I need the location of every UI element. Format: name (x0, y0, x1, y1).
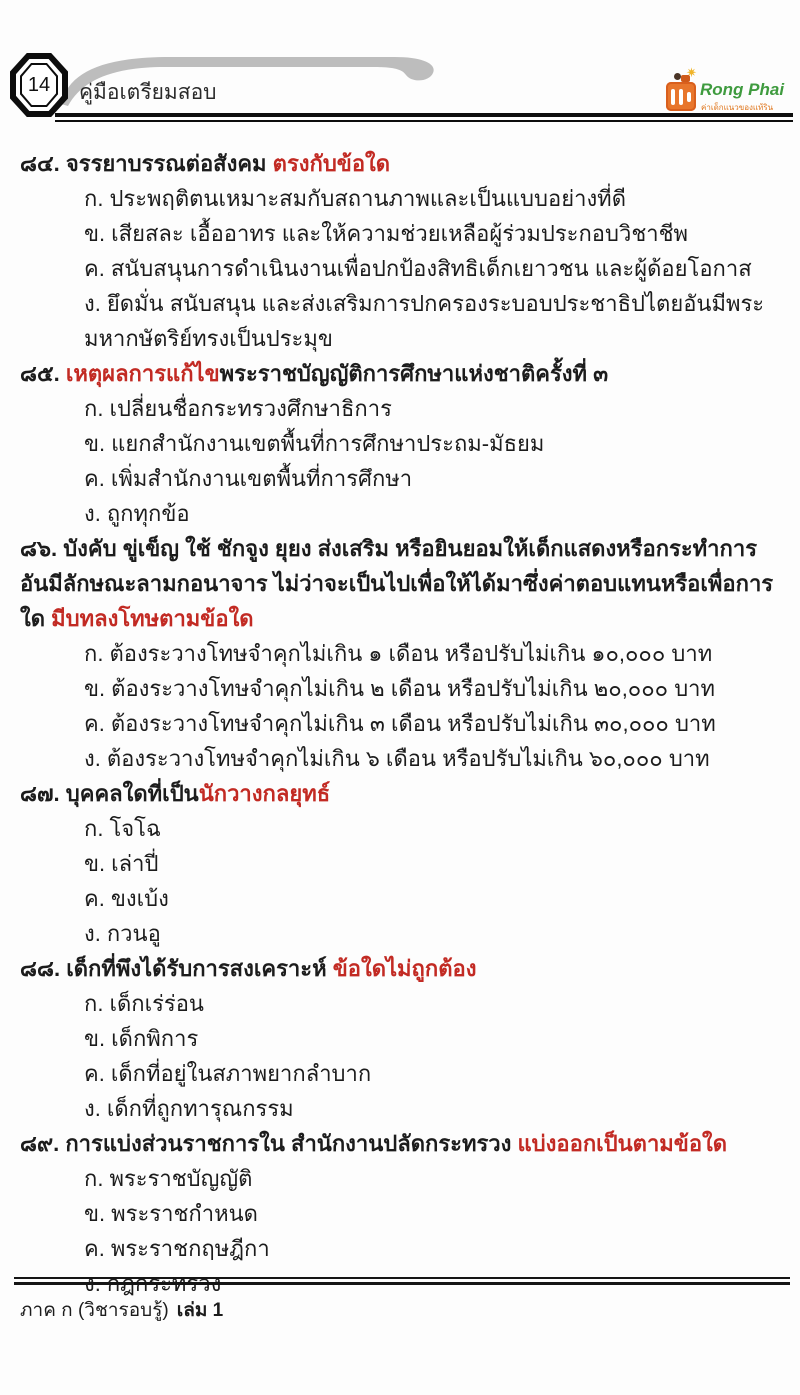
choice-label: ข. (84, 851, 105, 876)
choice-label: ก. (84, 186, 103, 211)
question-heading: ๘๖. บังคับ ขู่เข็ญ ใช้ ชักจูง ยุยง ส่งเส… (20, 531, 784, 636)
choice-text: สนับสนุนการดำเนินงานเพื่อปกป้องสิทธิเด็ก… (111, 256, 752, 281)
choices: ก.เด็กเร่ร่อนข.เด็กพิการค.เด็กที่อยู่ในส… (20, 986, 784, 1126)
choice-row: ก.ต้องระวางโทษจำคุกไม่เกิน ๑ เดือน หรือป… (84, 636, 784, 671)
choice-label: ค. (84, 256, 105, 281)
footer-rule-thick (14, 1282, 790, 1285)
choice-row: ข.เสียสละ เอื้ออาทร และให้ความช่วยเหลือผ… (84, 216, 784, 251)
choice-text: ต้องระวางโทษจำคุกไม่เกิน ๑ เดือน หรือปรั… (109, 641, 712, 666)
header-title: คู่มือเตรียมสอบ (79, 76, 217, 109)
choices: ก.โจโฉข.เล่าปี่ค.ขงเบ้งง.กวนอู (20, 811, 784, 951)
footer-section: ภาค ก (วิชารอบรู้) (20, 1300, 169, 1321)
choice-label: ก. (84, 991, 103, 1016)
question-keyword-red: เหตุผลการแก้ไข (66, 361, 220, 386)
footer-volume: เล่ม 1 (177, 1300, 224, 1321)
choice-row: ค.พระราชกฤษฎีกา (84, 1231, 784, 1266)
choice-text: ขงเบ้ง (111, 886, 169, 911)
publisher-logo: ✷ Rong Phai ค่าเด็กแนวของแท้ริน (664, 70, 792, 116)
choice-row: ง.เด็กที่ถูกทารุณกรรม (84, 1091, 784, 1126)
document-page: 14 คู่มือเตรียมสอบ ✷ Rong Phai ค่าเด็กแน… (0, 0, 800, 1395)
choices: ก.เปลี่ยนชื่อกระทรวงศึกษาธิการข.แยกสำนัก… (20, 391, 784, 531)
choice-row: ข.เล่าปี่ (84, 846, 784, 881)
logo-square-icon (666, 82, 696, 111)
choice-text: ถูกทุกข้อ (107, 501, 190, 526)
choice-row: ก.เด็กเร่ร่อน (84, 986, 784, 1021)
choice-label: ค. (84, 1061, 105, 1086)
choice-label: ข. (84, 431, 105, 456)
question-block: ๘๙. การแบ่งส่วนราชการใน สำนักงานปลัดกระท… (20, 1126, 784, 1301)
choice-row: ง.ยึดมั่น สนับสนุน และส่งเสริมการปกครองร… (84, 286, 784, 356)
choice-row: ก.พระราชบัญญัติ (84, 1161, 784, 1196)
question-heading: ๘๕. เหตุผลการแก้ไขพระราชบัญญัติการศึกษาแ… (20, 356, 784, 391)
choices: ก.พระราชบัญญัติข.พระราชกำหนดค.พระราชกฤษฎ… (20, 1161, 784, 1301)
question-text-segment: พระราชบัญญัติการศึกษาแห่งชาติครั้งที่ ๓ (220, 361, 609, 386)
question-number: ๘๙. (20, 1131, 59, 1156)
choice-label: ข. (84, 1026, 105, 1051)
question-text-segment: จรรยาบรรณต่อสังคม (66, 151, 273, 176)
choice-text: เล่าปี่ (111, 851, 158, 876)
choice-row: ค.ขงเบ้ง (84, 881, 784, 916)
choice-text: พระราชบัญญัติ (109, 1166, 252, 1191)
question-keyword-red: ข้อใดไม่ถูกต้อง (333, 956, 477, 981)
choice-text: เสียสละ เอื้ออาทร และให้ความช่วยเหลือผู้… (111, 221, 688, 246)
choice-label: ก. (84, 816, 103, 841)
question-text-segment: บุคคลใดที่เป็น (66, 781, 199, 806)
question-block: ๘๕. เหตุผลการแก้ไขพระราชบัญญัติการศึกษาแ… (20, 356, 784, 531)
question-heading: ๘๙. การแบ่งส่วนราชการใน สำนักงานปลัดกระท… (20, 1126, 784, 1161)
question-heading: ๘๘. เด็กที่พึงได้รับการสงเคราะห์ ข้อใดไม… (20, 951, 784, 986)
question-text-segment: เด็กที่พึงได้รับการสงเคราะห์ (66, 956, 333, 981)
choice-label: ข. (84, 221, 105, 246)
choice-row: ข.แยกสำนักงานเขตพื้นที่การศึกษาประถม-มัธ… (84, 426, 784, 461)
choices: ก.ประพฤติตนเหมาะสมกับสถานภาพและเป็นแบบอย… (20, 181, 784, 356)
choice-text: เปลี่ยนชื่อกระทรวงศึกษาธิการ (109, 396, 391, 421)
question-heading: ๘๔. จรรยาบรรณต่อสังคม ตรงกับข้อใด (20, 146, 784, 181)
choice-text: ยึดมั่น สนับสนุน และส่งเสริมการปกครองระบ… (84, 291, 764, 351)
choice-row: ค.เด็กที่อยู่ในสภาพยากลำบาก (84, 1056, 784, 1091)
choice-row: ก.โจโฉ (84, 811, 784, 846)
question-number: ๘๔. (20, 151, 60, 176)
choice-row: ข.ต้องระวางโทษจำคุกไม่เกิน ๒ เดือน หรือป… (84, 671, 784, 706)
question-number: ๘๘. (20, 956, 60, 981)
choice-row: ง.ถูกทุกข้อ (84, 496, 784, 531)
choice-row: ข.พระราชกำหนด (84, 1196, 784, 1231)
choice-row: ง.ต้องระวางโทษจำคุกไม่เกิน ๖ เดือน หรือป… (84, 741, 784, 776)
choice-label: ง. (84, 1096, 101, 1121)
choice-label: ง. (84, 746, 101, 771)
choice-label: ง. (84, 501, 101, 526)
choice-row: ง.กวนอู (84, 916, 784, 951)
mascot-head-icon (674, 73, 681, 80)
logo-tagline: ค่าเด็กแนวของแท้ริน (701, 101, 773, 114)
choice-text: เด็กพิการ (111, 1026, 198, 1051)
choice-text: เด็กที่ถูกทารุณกรรม (107, 1096, 294, 1121)
choice-label: ง. (84, 921, 101, 946)
question-number: ๘๖. (20, 536, 57, 561)
question-heading: ๘๗. บุคคลใดที่เป็นนักวางกลยุทธ์ (20, 776, 784, 811)
choice-row: ก.เปลี่ยนชื่อกระทรวงศึกษาธิการ (84, 391, 784, 426)
footer-text: ภาค ก (วิชารอบรู้)เล่ม 1 (20, 1295, 223, 1325)
question-keyword-red: แบ่งออกเป็นตามข้อใด (518, 1131, 728, 1156)
choices: ก.ต้องระวางโทษจำคุกไม่เกิน ๑ เดือน หรือป… (20, 636, 784, 776)
question-number: ๘๗. (20, 781, 60, 806)
footer-rule-thin (14, 1277, 790, 1279)
question-block: ๘๔. จรรยาบรรณต่อสังคม ตรงกับข้อใดก.ประพฤ… (20, 146, 784, 356)
question-keyword-red: ตรงกับข้อใด (273, 151, 390, 176)
choice-text: เพิ่มสำนักงานเขตพื้นที่การศึกษา (111, 466, 412, 491)
choice-row: ข.เด็กพิการ (84, 1021, 784, 1056)
choice-label: ค. (84, 466, 105, 491)
choice-row: ค.ต้องระวางโทษจำคุกไม่เกิน ๓ เดือน หรือป… (84, 706, 784, 741)
choice-text: ต้องระวางโทษจำคุกไม่เกิน ๒ เดือน หรือปรั… (111, 676, 715, 701)
header-rule-thin (55, 120, 793, 122)
question-block: ๘๘. เด็กที่พึงได้รับการสงเคราะห์ ข้อใดไม… (20, 951, 784, 1126)
choice-text: ต้องระวางโทษจำคุกไม่เกิน ๓ เดือน หรือปรั… (111, 711, 716, 736)
choice-text: แยกสำนักงานเขตพื้นที่การศึกษาประถม-มัธยม (111, 431, 544, 456)
choice-label: ข. (84, 676, 105, 701)
choice-text: โจโฉ (109, 816, 161, 841)
choice-text: กวนอู (107, 921, 161, 946)
choice-text: พระราชกฤษฎีกา (111, 1236, 270, 1261)
mascot-body-icon (681, 75, 690, 82)
choice-label: ง. (84, 291, 101, 316)
question-block: ๘๖. บังคับ ขู่เข็ญ ใช้ ชักจูง ยุยง ส่งเส… (20, 531, 784, 776)
question-number: ๘๕. (20, 361, 60, 386)
choice-row: ก.ประพฤติตนเหมาะสมกับสถานภาพและเป็นแบบอย… (84, 181, 784, 216)
choice-label: ข. (84, 1201, 105, 1226)
question-keyword-red: นักวางกลยุทธ์ (199, 781, 330, 806)
choice-text: ต้องระวางโทษจำคุกไม่เกิน ๖ เดือน หรือปรั… (107, 746, 710, 771)
page-number-badge: 14 (10, 53, 68, 117)
logo-name: Rong Phai (700, 80, 784, 100)
choice-label: ก. (84, 1166, 103, 1191)
questions-list: ๘๔. จรรยาบรรณต่อสังคม ตรงกับข้อใดก.ประพฤ… (20, 146, 784, 1301)
choice-text: พระราชกำหนด (111, 1201, 258, 1226)
page-number: 14 (10, 53, 68, 117)
choice-label: ค. (84, 711, 105, 736)
choice-label: ค. (84, 886, 105, 911)
choice-label: ก. (84, 641, 103, 666)
choice-label: ก. (84, 396, 103, 421)
question-block: ๘๗. บุคคลใดที่เป็นนักวางกลยุทธ์ก.โจโฉข.เ… (20, 776, 784, 951)
choice-row: ค.สนับสนุนการดำเนินงานเพื่อปกป้องสิทธิเด… (84, 251, 784, 286)
choice-label: ค. (84, 1236, 105, 1261)
choice-text: ประพฤติตนเหมาะสมกับสถานภาพและเป็นแบบอย่า… (109, 186, 626, 211)
question-text-segment: การแบ่งส่วนราชการใน สำนักงานปลัดกระทรวง (65, 1131, 517, 1156)
question-keyword-red: มีบทลงโทษตามข้อใด (51, 606, 253, 631)
choice-row: ค.เพิ่มสำนักงานเขตพื้นที่การศึกษา (84, 461, 784, 496)
choice-text: เด็กที่อยู่ในสภาพยากลำบาก (111, 1061, 371, 1086)
choice-text: เด็กเร่ร่อน (109, 991, 204, 1016)
